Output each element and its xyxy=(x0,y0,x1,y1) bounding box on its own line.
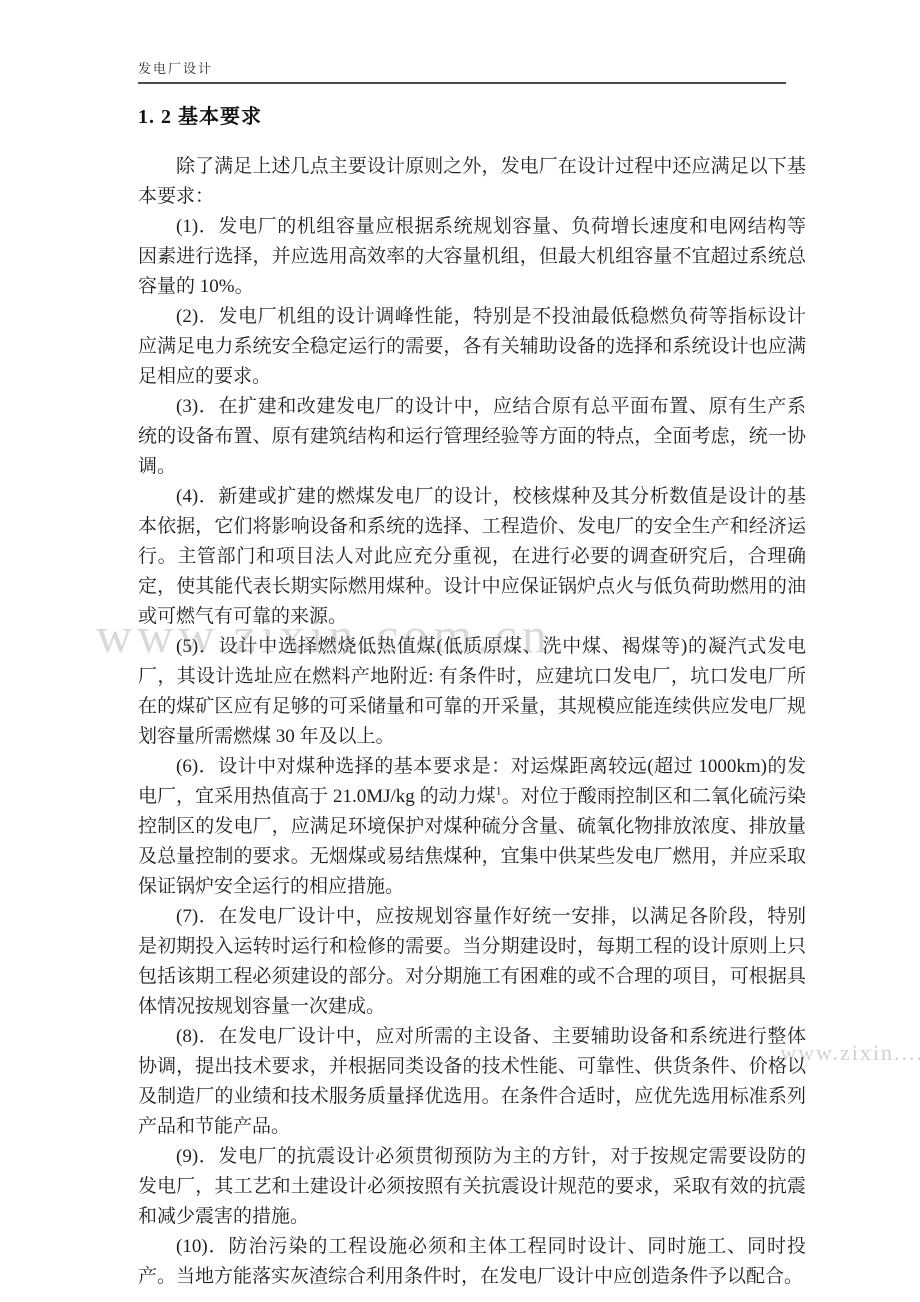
header-rule xyxy=(138,82,786,84)
paragraph: (10)．防治污染的工程设施必须和主体工程同时设计、同时施工、同时投产。当地方能… xyxy=(138,1232,806,1292)
document-page: 发电厂设计 1. 2 基本要求 除了满足上述几点主要设计原则之外，发电厂在设计过… xyxy=(0,0,920,1302)
page-header: 发电厂设计 xyxy=(138,60,786,84)
document-body: 1. 2 基本要求 除了满足上述几点主要设计原则之外，发电厂在设计过程中还应满足… xyxy=(138,104,806,1292)
paragraph: (7)．在发电厂设计中，应按规划容量作好统一安排，以满足各阶段，特别是初期投入运… xyxy=(138,902,806,1022)
paragraph: (3)．在扩建和改建发电厂的设计中，应结合原有总平面布置、原有生产系统的设备布置… xyxy=(138,392,806,482)
paragraph: (1)．发电厂的机组容量应根据系统规划容量、负荷增长速度和电网结构等因素进行选择… xyxy=(138,212,806,302)
paragraph: (5)．设计中选择燃烧低热值煤(低质原煤、洗中煤、褐煤等)的凝汽式发电厂，其设计… xyxy=(138,632,806,752)
paragraph: (8)．在发电厂设计中，应对所需的主设备、主要辅助设备和系统进行整体协调，提出技… xyxy=(138,1022,806,1142)
paragraph: (4)．新建或扩建的燃煤发电厂的设计，校核煤种及其分析数值是设计的基本依据，它们… xyxy=(138,482,806,632)
paragraph-list: (1)．发电厂的机组容量应根据系统规划容量、负荷增长速度和电网结构等因素进行选择… xyxy=(138,212,806,1292)
intro-paragraph: 除了满足上述几点主要设计原则之外，发电厂在设计过程中还应满足以下基本要求： xyxy=(138,152,806,212)
paragraph: (2)．发电厂机组的设计调峰性能，特别是不投油最低稳燃负荷等指标设计应满足电力系… xyxy=(138,302,806,392)
header-title: 发电厂设计 xyxy=(138,60,786,78)
section-heading: 1. 2 基本要求 xyxy=(138,104,806,130)
paragraph: (9)．发电厂的抗震设计必须贯彻预防为主的方针，对于按规定需要设防的发电厂，其工… xyxy=(138,1142,806,1232)
paragraph: (6)．设计中对煤种选择的基本要求是：对运煤距离较远(超过 1000km)的发电… xyxy=(138,752,806,902)
